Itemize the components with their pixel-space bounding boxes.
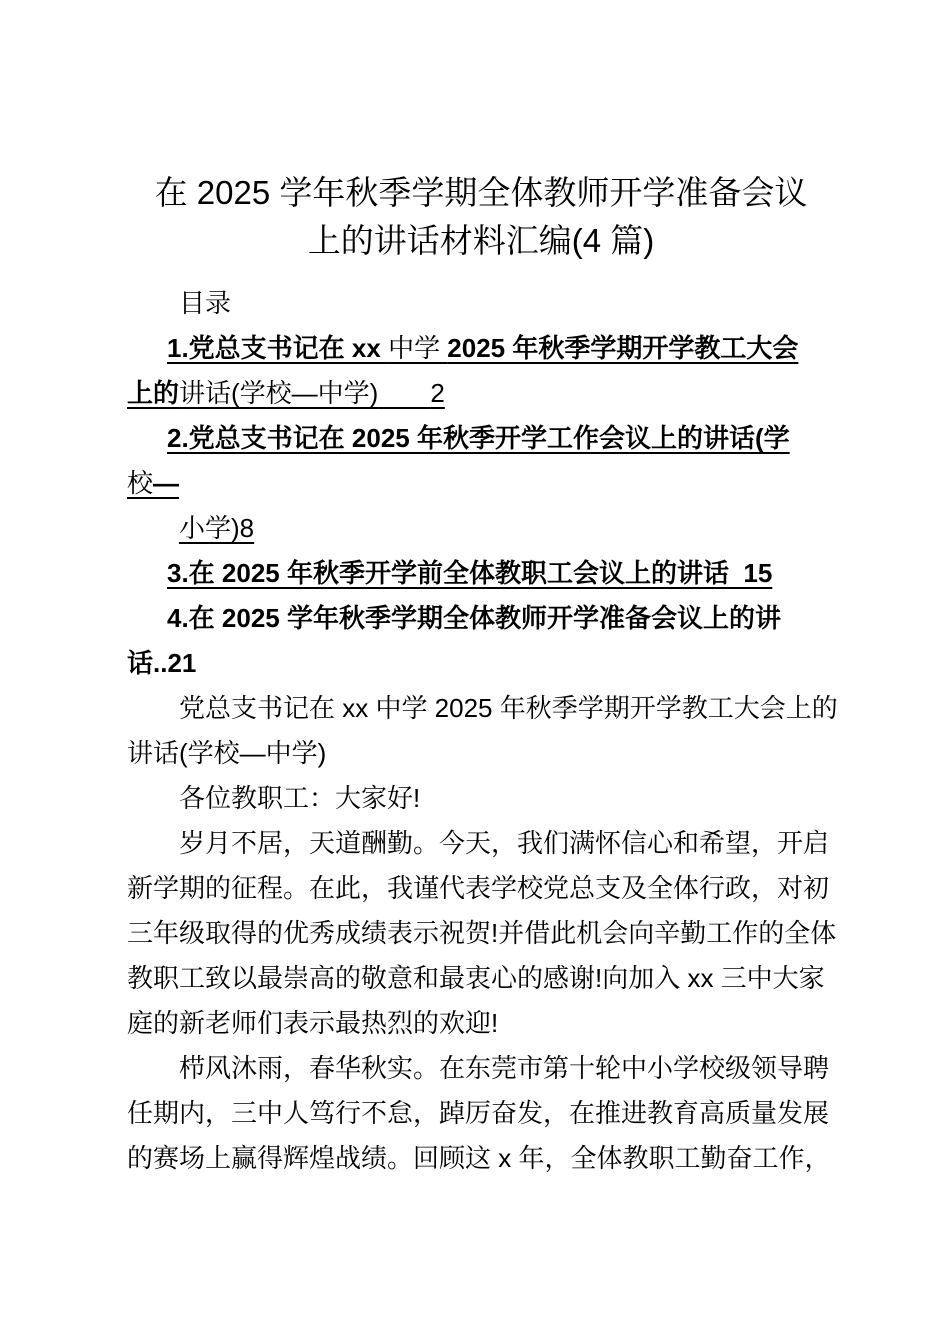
- paragraph-2-line-1: 栉风沐雨，春华秋实。在东莞市第十轮中小学校级领导聘: [127, 1046, 835, 1091]
- toc-entry-4-line-1[interactable]: 4.在 2025 学年秋季学期全体教师开学准备会议上的讲: [127, 596, 835, 641]
- toc-entry-1-run-bold-2: 2025 年秋季学期开学教工大会: [447, 333, 798, 363]
- document-title-line-2: 上的讲话材料汇编(4 篇): [127, 217, 835, 265]
- toc-entry-3-run-bold-1: 3.在 2025 年秋季开学前全体教职工会议上的讲话 15: [167, 558, 772, 588]
- toc-entry-2-run-bold-1: 2.党总支书记在 2025 年秋季开学工作会议上的讲话(学: [167, 423, 790, 453]
- toc-entry-1-run-bold-3: 上的: [127, 378, 179, 408]
- paragraph-2-line-3: 的赛场上赢得辉煌战绩。回顾这 x 年，全体教职工勤奋工作，: [127, 1136, 835, 1181]
- toc-entry-4-run-bold-2: 话..21: [127, 648, 196, 678]
- document-content: 在 2025 学年秋季学期全体教师开学准备会议 上的讲话材料汇编(4 篇) 目录…: [0, 0, 950, 1181]
- document-title: 在 2025 学年秋季学期全体教师开学准备会议 上的讲话材料汇编(4 篇): [127, 169, 835, 265]
- toc-entry-1-line-1[interactable]: 1.党总支书记在 xx 中学 2025 年秋季学期开学教工大会: [127, 326, 835, 371]
- paragraph-1-line-3: 三年级取得的优秀成绩表示祝贺!并借此机会向辛勤工作的全体: [127, 911, 835, 956]
- toc-entry-2-line-2[interactable]: 校—: [127, 461, 835, 506]
- toc-entry-4-line-2[interactable]: 话..21: [127, 641, 835, 686]
- paragraph-1-line-1: 岁月不居，天道酬勤。今天，我们满怀信心和希望，开启: [127, 821, 835, 866]
- toc-entry-1-leader-gap: [378, 378, 430, 408]
- toc-heading: 目录: [127, 281, 835, 326]
- paragraph-1-line-2: 新学期的征程。在此，我谨代表学校党总支及全体行政，对初: [127, 866, 835, 911]
- toc-entry-1-page-number: 2: [430, 378, 444, 408]
- paragraph-1-line-4: 教职工致以最崇高的敬意和最衷心的感谢!向加入 xx 三中大家: [127, 956, 835, 1001]
- toc-entry-1-run-bold-1: 1.党总支书记在 xx: [167, 333, 388, 363]
- document-title-line-1: 在 2025 学年秋季学期全体教师开学准备会议: [127, 169, 835, 217]
- toc-entry-3-line-1[interactable]: 3.在 2025 年秋季开学前全体教职工会议上的讲话 15: [127, 551, 835, 596]
- toc-entry-2-run-regular-1: 校: [127, 468, 153, 498]
- greeting-line: 各位教职工：大家好!: [127, 776, 835, 821]
- section-heading-line-2: 讲话(学校—中学): [127, 731, 835, 776]
- toc-entry-1-line-2[interactable]: 上的讲话(学校—中学) 2: [127, 371, 835, 416]
- toc-entry-2-run-bold-2: —: [153, 468, 179, 498]
- toc-entry-2-run-regular-2: 小学)8: [179, 513, 254, 543]
- section-heading-line-1: 党总支书记在 xx 中学 2025 年秋季学期开学教工大会上的: [127, 686, 835, 731]
- toc-entry-2-line-3[interactable]: 小学)8: [127, 506, 835, 551]
- toc-entry-2-line-1[interactable]: 2.党总支书记在 2025 年秋季开学工作会议上的讲话(学: [127, 416, 835, 461]
- paragraph-1-line-5: 庭的新老师们表示最热烈的欢迎!: [127, 1001, 835, 1046]
- paragraph-2-line-2: 任期内，三中人笃行不怠，踔厉奋发，在推进教育高质量发展: [127, 1091, 835, 1136]
- toc-entry-1-run-regular-2: 讲话(学校—中学): [179, 378, 378, 408]
- toc-entry-1-run-regular-1: 中学: [388, 333, 447, 363]
- toc-entry-4-run-bold-1: 4.在 2025 学年秋季学期全体教师开学准备会议上的讲: [167, 603, 781, 633]
- document-page: 在 2025 学年秋季学期全体教师开学准备会议 上的讲话材料汇编(4 篇) 目录…: [0, 0, 950, 1344]
